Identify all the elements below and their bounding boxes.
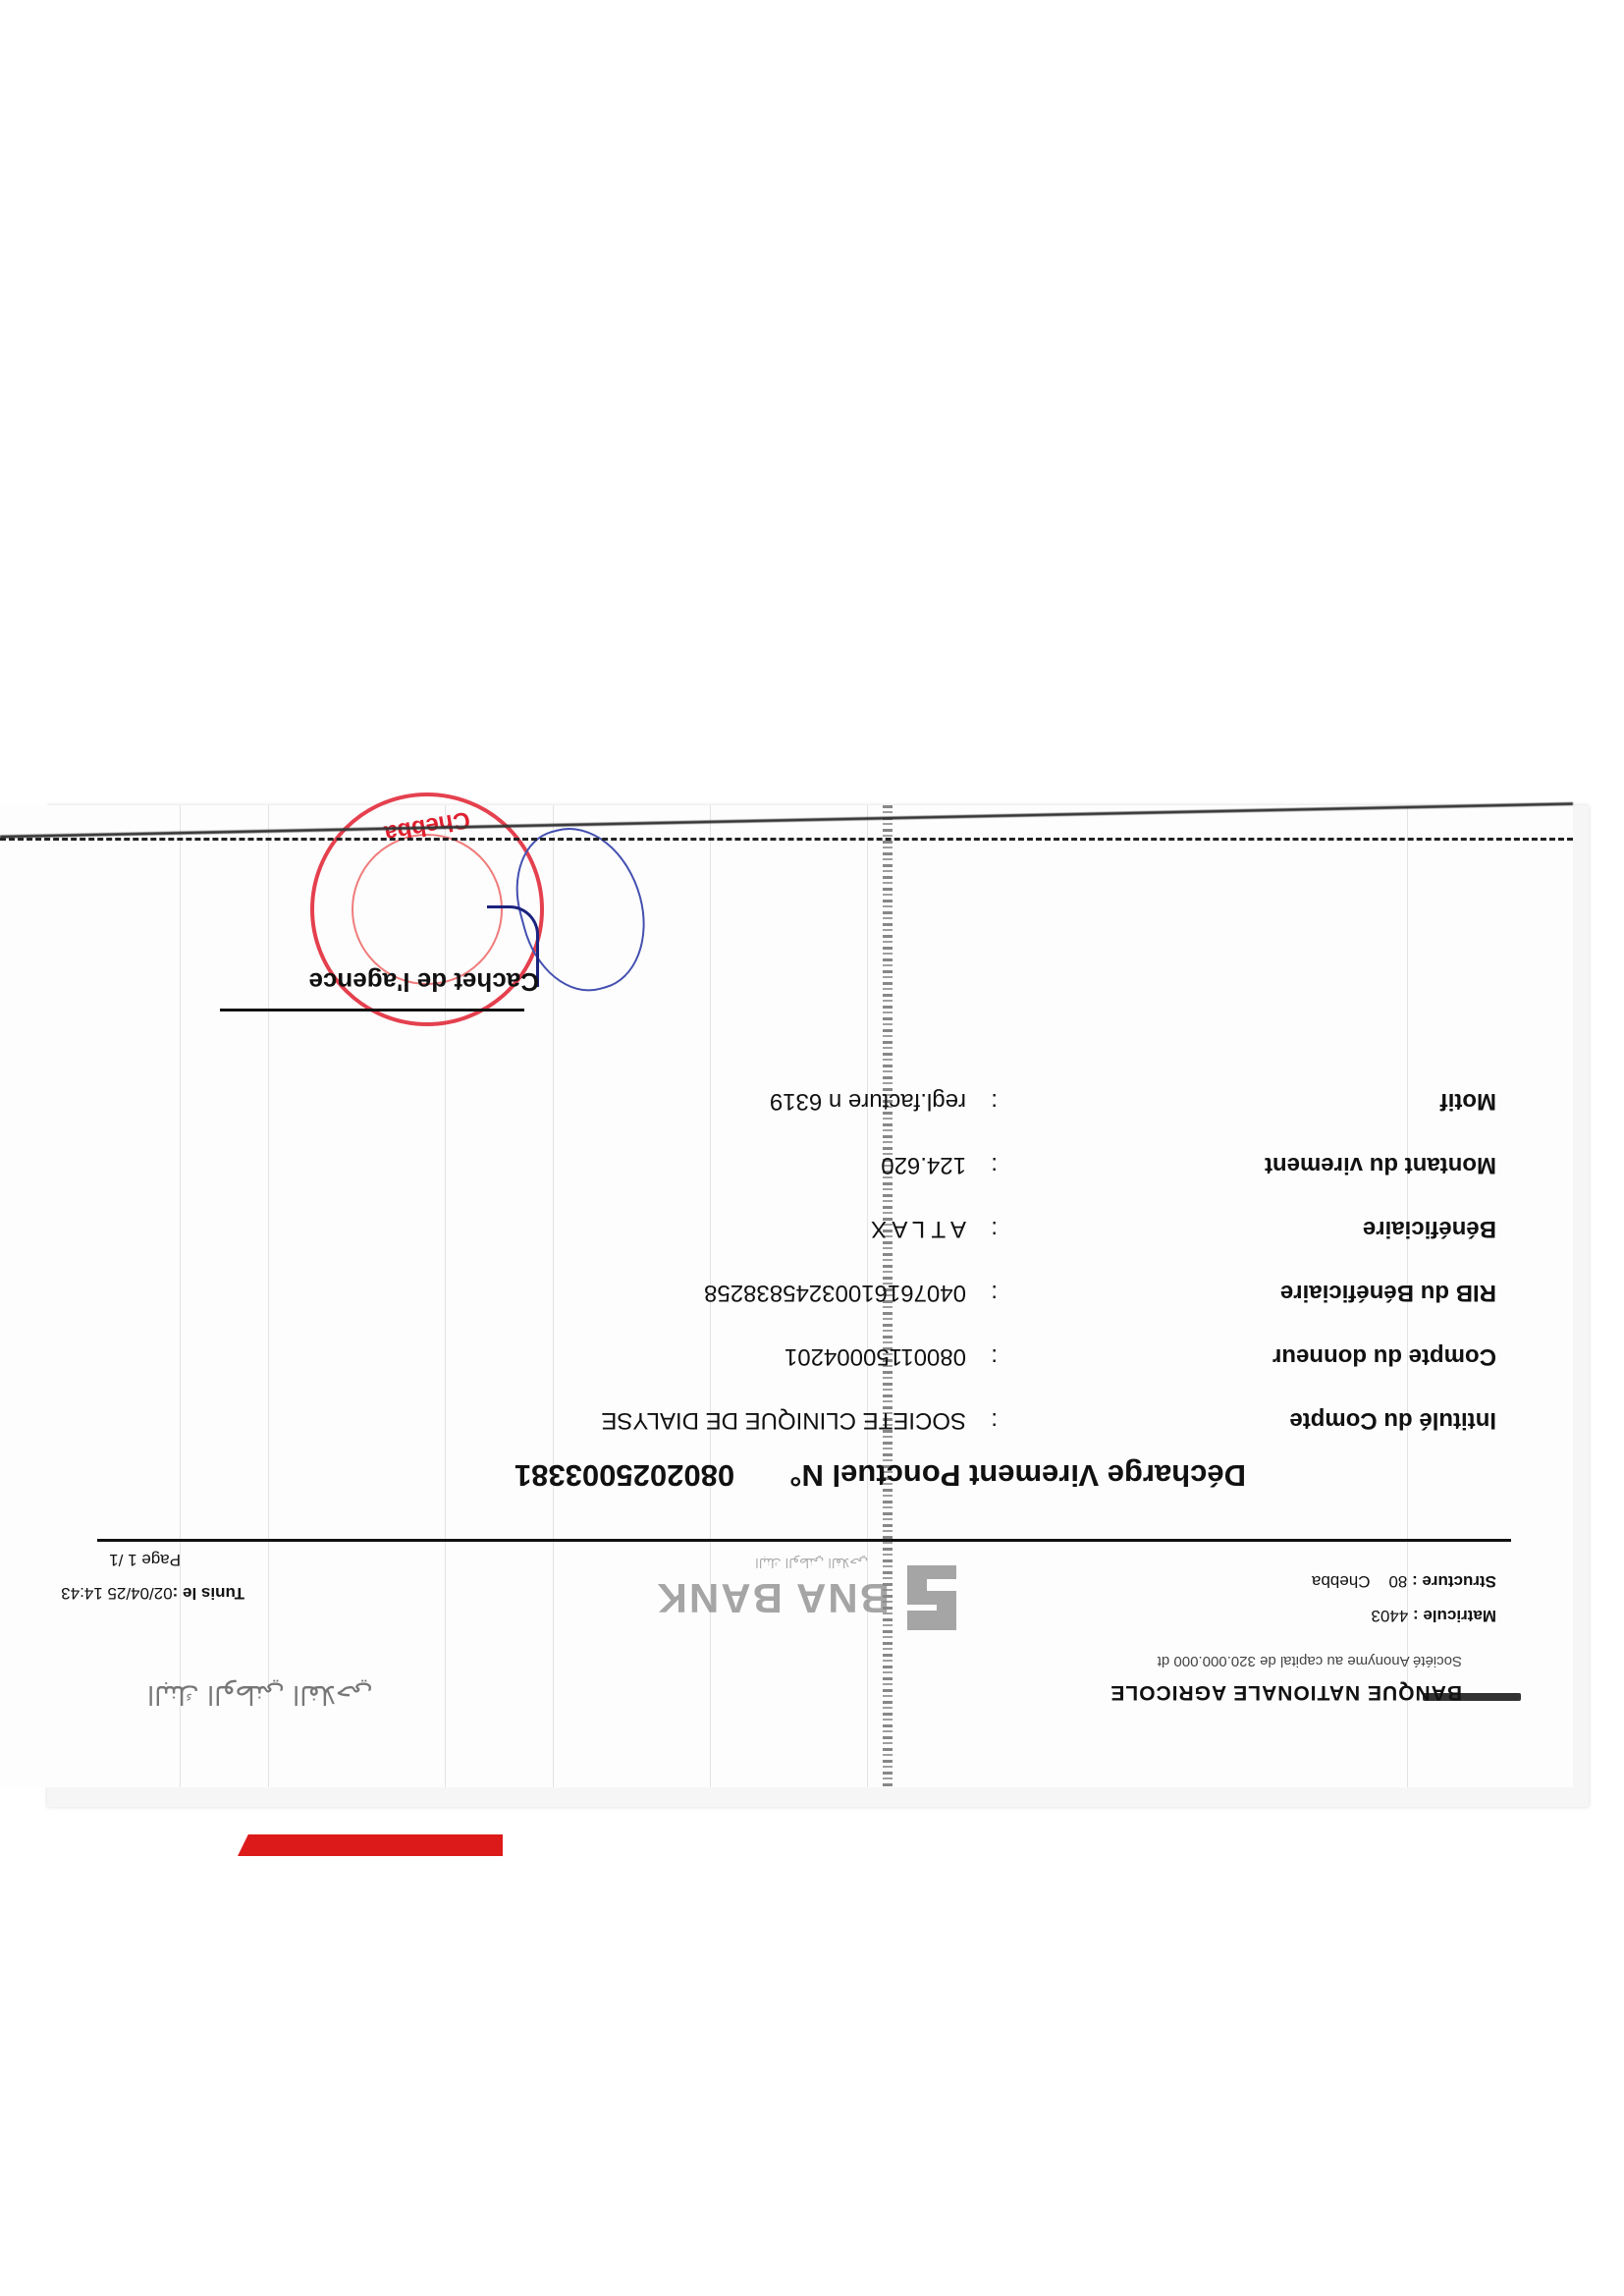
page-indicator: Page 1 /1 [109,1550,181,1569]
field-label: Motif [1440,1087,1496,1115]
transfer-number: 0802025003381 [514,1458,734,1493]
field-value: 04076161003245838258 [704,1279,966,1306]
field-label: Compte du donneur [1272,1342,1496,1370]
field-colon: : [991,1342,998,1370]
bna-logo-text: BNA BANK [656,1574,890,1621]
bank-name: BANQUE NATIONALE AGRICOLE [1110,1680,1462,1704]
field-colon: : [991,1406,998,1434]
bna-logo-icon [907,1565,956,1630]
field-value: 124.620 [881,1151,966,1178]
bna-logo: BNA BANK [656,1565,956,1630]
field-colon: : [991,1151,998,1178]
field-value: A T L A X [871,1215,966,1242]
field-colon: : [991,1087,998,1115]
field-label: Intitulé du Compte [1289,1406,1496,1434]
cachet-underline [220,1009,524,1011]
field-label: Montant du virement [1265,1151,1496,1178]
scanned-receipt: BANQUE NATIONALE AGRICOLE Société Anonym… [0,589,1624,1827]
bank-legal-line: Société Anonyme au capital de 320.000.00… [1158,1653,1462,1669]
field-label: Bénéficiaire [1363,1215,1496,1242]
bna-logo-arabic: البنك الوطني الفلاحي [755,1555,868,1569]
print-date: Tunis le :02/04/25 14:43 [61,1583,244,1603]
field-value: regl.facture n 6319 [770,1087,966,1115]
field-colon: : [991,1279,998,1306]
field-value: SOCIETE CLINIQUE DE DIALYSE [601,1406,966,1434]
document-title: Décharge Virement Ponctuel N°08020250033… [514,1457,1246,1493]
structure: Structure : 80 Chebba [1312,1571,1496,1591]
red-tab-mark [238,1834,503,1856]
cachet-label: Cachet de l'agence [309,966,540,997]
matricule: Matricule : 4403 [1371,1606,1496,1625]
field-value: 08001150004201 [785,1342,966,1370]
bank-name-arabic: البنك الوطني الفلاحي [147,1679,373,1709]
field-colon: : [991,1215,998,1242]
field-label: RIB du Bénéficiaire [1280,1279,1496,1306]
tear-line [0,838,1573,841]
receipt-rotated-180: BANQUE NATIONALE AGRICOLE Société Anonym… [0,589,1624,1827]
header-divider [97,1539,1511,1542]
